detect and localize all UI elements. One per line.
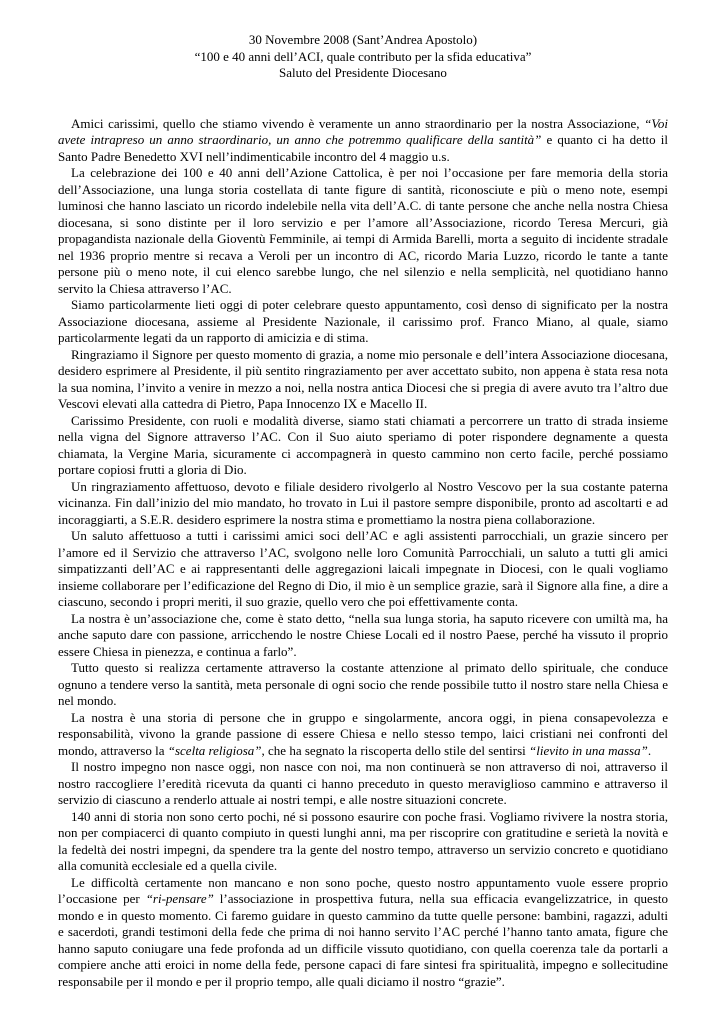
text-run: , che ha segnato la riscoperta dello sti… bbox=[262, 743, 530, 758]
italic-run: “scelta religiosa” bbox=[168, 743, 262, 758]
paragraph: La celebrazione dei 100 e 40 anni dell’A… bbox=[58, 165, 668, 297]
document-page: 30 Novembre 2008 (Sant’Andrea Apostolo) … bbox=[0, 0, 725, 1024]
paragraph: Siamo particolarmente lieti oggi di pote… bbox=[58, 297, 668, 347]
text-run: . bbox=[648, 743, 651, 758]
paragraph: La nostra è un’associazione che, come è … bbox=[58, 611, 668, 661]
text-run: Amici carissimi, quello che stiamo viven… bbox=[71, 116, 644, 131]
document-body: Amici carissimi, quello che stiamo viven… bbox=[58, 116, 668, 991]
paragraph: Un saluto affettuoso a tutti i carissimi… bbox=[58, 528, 668, 611]
document-header: 30 Novembre 2008 (Sant’Andrea Apostolo) … bbox=[58, 32, 668, 82]
text-run: Carissimo Presidente, con ruoli e modali… bbox=[58, 413, 668, 478]
paragraph: Amici carissimi, quello che stiamo viven… bbox=[58, 116, 668, 166]
text-run: Un ringraziamento affettuoso, devoto e f… bbox=[58, 479, 668, 527]
paragraph: Il nostro impegno non nasce oggi, non na… bbox=[58, 759, 668, 809]
text-run: 140 anni di storia non sono certo pochi,… bbox=[58, 809, 668, 874]
header-title-line: “100 e 40 anni dell’ACI, quale contribut… bbox=[58, 49, 668, 66]
text-run: Ringraziamo il Signore per questo moment… bbox=[58, 347, 668, 412]
text-run: Tutto questo si realizza certamente attr… bbox=[58, 660, 668, 708]
text-run: La nostra è un’associazione che, come è … bbox=[58, 611, 668, 659]
paragraph: Le difficoltà certamente non mancano e n… bbox=[58, 875, 668, 991]
paragraph: Ringraziamo il Signore per questo moment… bbox=[58, 347, 668, 413]
text-run: Il nostro impegno non nasce oggi, non na… bbox=[58, 759, 668, 807]
header-date-line: 30 Novembre 2008 (Sant’Andrea Apostolo) bbox=[58, 32, 668, 49]
text-run: Un saluto affettuoso a tutti i carissimi… bbox=[58, 528, 668, 609]
paragraph: La nostra è una storia di persone che in… bbox=[58, 710, 668, 760]
text-run: Siamo particolarmente lieti oggi di pote… bbox=[58, 297, 668, 345]
italic-run: “lievito in una massa” bbox=[529, 743, 648, 758]
paragraph: Tutto questo si realizza certamente attr… bbox=[58, 660, 668, 710]
paragraph: Carissimo Presidente, con ruoli e modali… bbox=[58, 413, 668, 479]
paragraph: Un ringraziamento affettuoso, devoto e f… bbox=[58, 479, 668, 529]
italic-run: “ri-pensare” bbox=[146, 891, 214, 906]
paragraph: 140 anni di storia non sono certo pochi,… bbox=[58, 809, 668, 875]
text-run: La celebrazione dei 100 e 40 anni dell’A… bbox=[58, 165, 668, 296]
header-subtitle-line: Saluto del Presidente Diocesano bbox=[58, 65, 668, 82]
